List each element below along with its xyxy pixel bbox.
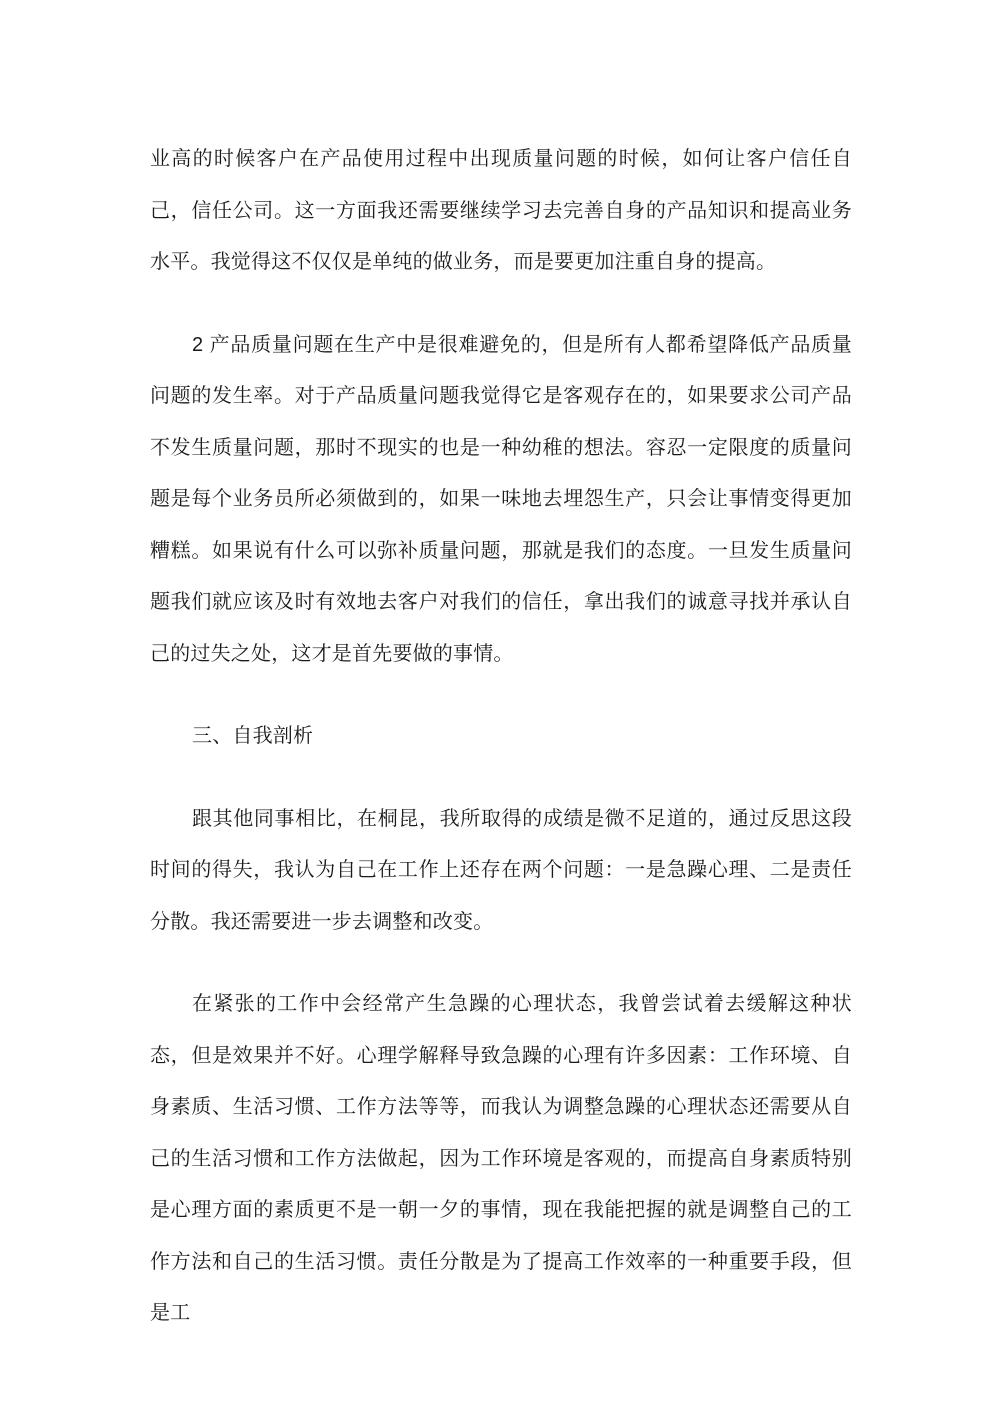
paragraph-product-quality: 2 产品质量问题在生产中是很难避免的，但是所有人都希望降低产品质量问题的发生率。… xyxy=(150,320,852,681)
section-heading-self-analysis: 三、自我剖析 xyxy=(150,711,852,763)
paragraph-self-comparison: 跟其他同事相比，在桐昆，我所取得的成绩是微不足道的，通过反思这段时间的得失，我认… xyxy=(150,794,852,949)
document-page: 业高的时候客户在产品使用过程中出现质量问题的时候，如何让客户信任自己，信任公司。… xyxy=(0,0,1000,1415)
paragraph-impatience-psychology: 在紧张的工作中会经常产生急躁的心理状态，我曾尝试着去缓解这种状态，但是效果并不好… xyxy=(150,979,852,1340)
paragraph-continuation: 业高的时候客户在产品使用过程中出现质量问题的时候，如何让客户信任自己，信任公司。… xyxy=(150,134,852,289)
